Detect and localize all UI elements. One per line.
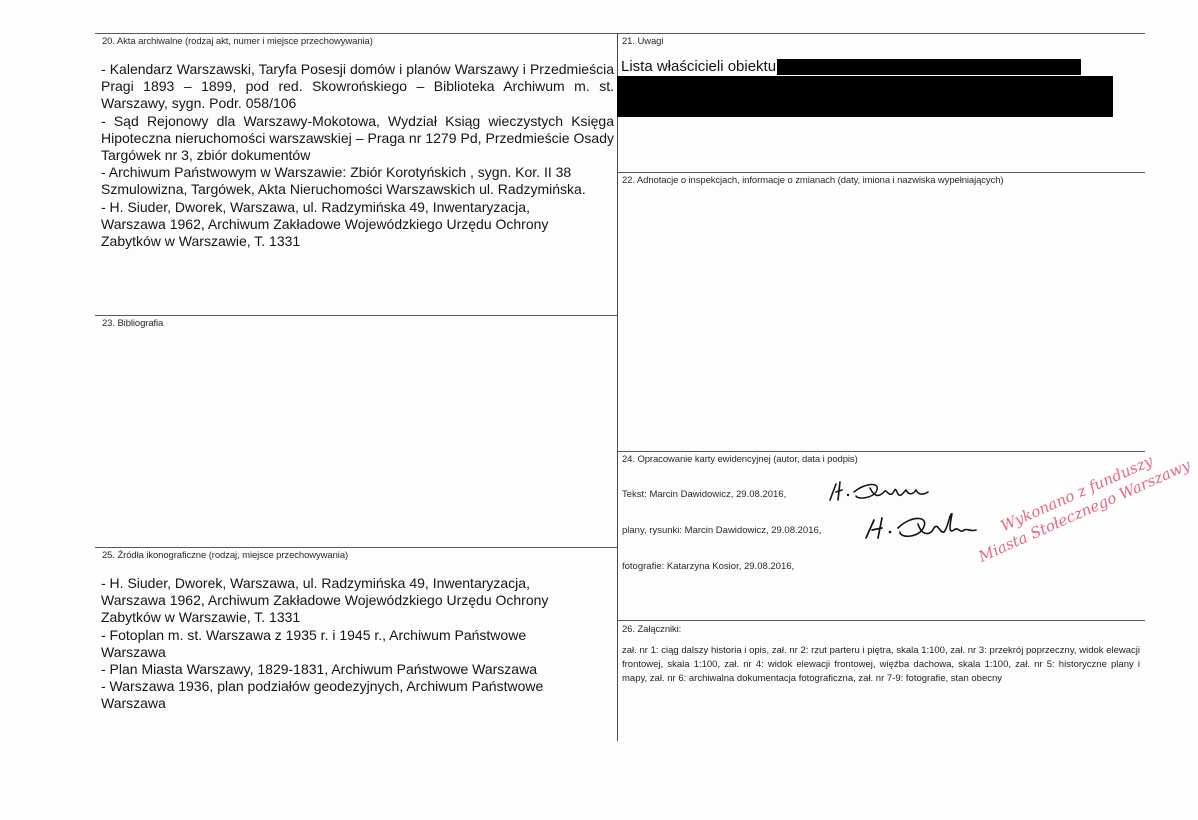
divider-20-23 [95,315,617,316]
divider-22-24 [617,451,1145,452]
section-24-label: 24. Opracowanie karty ewidencyjnej (auto… [622,454,858,465]
signature-icon [860,508,980,544]
redacted-owner-list [617,76,1113,117]
section-21-label: 21. Uwagi [622,36,663,47]
author-photos-line: fotografie: Katarzyna Kosior, 29.08.2016… [622,561,794,572]
archival-entry: - H. Siuder, Dworek, Warszawa, ul. Radzy… [101,199,571,251]
section-25-iconographic-sources: - H. Siuder, Dworek, Warszawa, ul. Radzy… [101,575,571,713]
top-border [95,33,1145,34]
attachments-list: zał. nr 1: ciąg dalszy historia i opis, … [622,644,1140,685]
iconographic-entry: - H. Siuder, Dworek, Warszawa, ul. Radzy… [101,575,571,627]
divider-24-26 [617,620,1145,621]
section-25-label: 25. Źródła ikonograficzne (rodzaj, miejs… [102,550,348,561]
signature-icon [826,478,936,506]
divider-23-25 [95,547,617,548]
column-divider [617,33,618,741]
stamp-line-2: Miasta Stołecznego Warszawy [976,456,1194,567]
archival-entry: - Kalendarz Warszawski, Taryfa Posesji d… [101,61,614,113]
section-20-archival-records: - Kalendarz Warszawski, Taryfa Posesji d… [101,61,614,250]
stamp-line-1: Wykonano z funduszy [968,438,1186,549]
archival-entry: - Archiwum Państwowym w Warszawie: Zbiór… [101,164,614,198]
author-drawings-line: plany, rysunki: Marcin Dawidowicz, 29.08… [622,525,821,536]
iconographic-entry: - Plan Miasta Warszawy, 1829-1831, Archi… [101,661,571,678]
divider-21-22 [617,172,1145,173]
section-26-label: 26. Załączniki: [622,624,681,635]
section-20-label: 20. Akta archiwalne (rodzaj akt, numer i… [102,36,373,47]
funding-stamp: Wykonano z funduszy Miasta Stołecznego W… [968,438,1194,566]
redacted-owner-name [777,59,1081,75]
owners-list-label: Lista właścicieli obiektu: [621,58,780,75]
section-23-label: 23. Bibliografia [102,318,163,329]
archival-entry: - Sąd Rejonowy dla Warszawy-Mokotowa, Wy… [101,113,614,165]
iconographic-entry: - Warszawa 1936, plan podziałów geodezyj… [101,678,571,712]
evidence-card-page: 20. Akta archiwalne (rodzaj akt, numer i… [0,0,1198,820]
iconographic-entry: - Fotoplan m. st. Warszawa z 1935 r. i 1… [101,627,571,661]
author-text-line: Tekst: Marcin Dawidowicz, 29.08.2016, [622,489,786,500]
section-22-label: 22. Adnotacje o inspekcjach, informacje … [622,175,1003,186]
